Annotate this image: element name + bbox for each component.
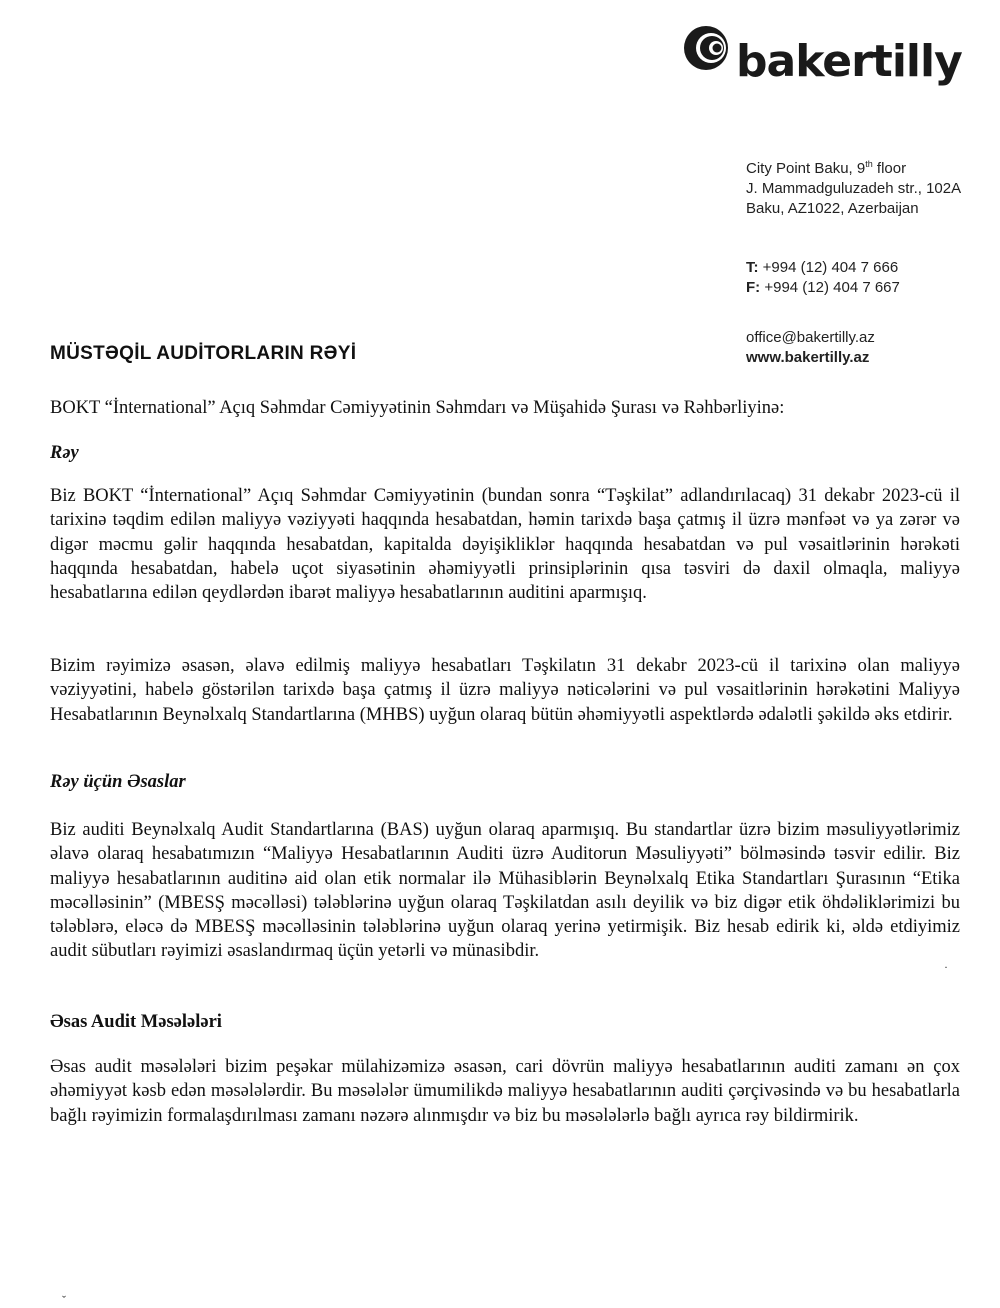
bakertilly-logo: bakertilly: [682, 22, 962, 84]
opinion-paragraph-2: Bizim rəyimizə əsasən, əlavə edilmiş mal…: [50, 654, 960, 727]
section-heading-basis: Rəy üçün Əsaslar: [50, 772, 186, 793]
website-link[interactable]: www.bakertilly.az: [746, 348, 875, 368]
email-link[interactable]: office@bakertilly.az: [746, 328, 875, 348]
basis-paragraph: Biz auditi Beynəlxalq Audit Standartları…: [50, 818, 960, 964]
address-line-3: Baku, AZ1022, Azerbaijan: [746, 199, 961, 219]
contact-phones: T: +994 (12) 404 7 666 F: +994 (12) 404 …: [746, 258, 900, 298]
logo-wordmark: bakertilly: [736, 40, 962, 84]
addressee-line: BOKT “İnternational” Açıq Səhmdar Cəmiyy…: [50, 396, 960, 420]
address-line-2: J. Mammadguluzadeh str., 102A: [746, 179, 961, 199]
company-address: City Point Baku, 9th floor J. Mammadgulu…: [746, 154, 961, 219]
address-line-1: City Point Baku, 9th floor: [746, 154, 961, 179]
contact-web: office@bakertilly.az www.bakertilly.az: [746, 328, 875, 368]
fax-number: F: +994 (12) 404 7 667: [746, 278, 900, 298]
key-audit-matters-paragraph: Əsas audit məsələləri bizim peşəkar müla…: [50, 1055, 960, 1128]
scan-mark: ˇ: [62, 1293, 66, 1308]
section-heading-key-audit-matters: Əsas Audit Məsələləri: [50, 1012, 222, 1033]
section-heading-opinion: Rəy: [50, 443, 79, 464]
phone-number: T: +994 (12) 404 7 666: [746, 258, 900, 278]
scan-speck: ·: [944, 960, 948, 975]
opinion-paragraph-1: Biz BOKT “İnternational” Açıq Səhmdar Cə…: [50, 484, 960, 605]
bakertilly-swirl-icon: [682, 24, 730, 72]
report-title: MÜSTƏQİL AUDİTORLARIN RƏYİ: [50, 343, 356, 365]
